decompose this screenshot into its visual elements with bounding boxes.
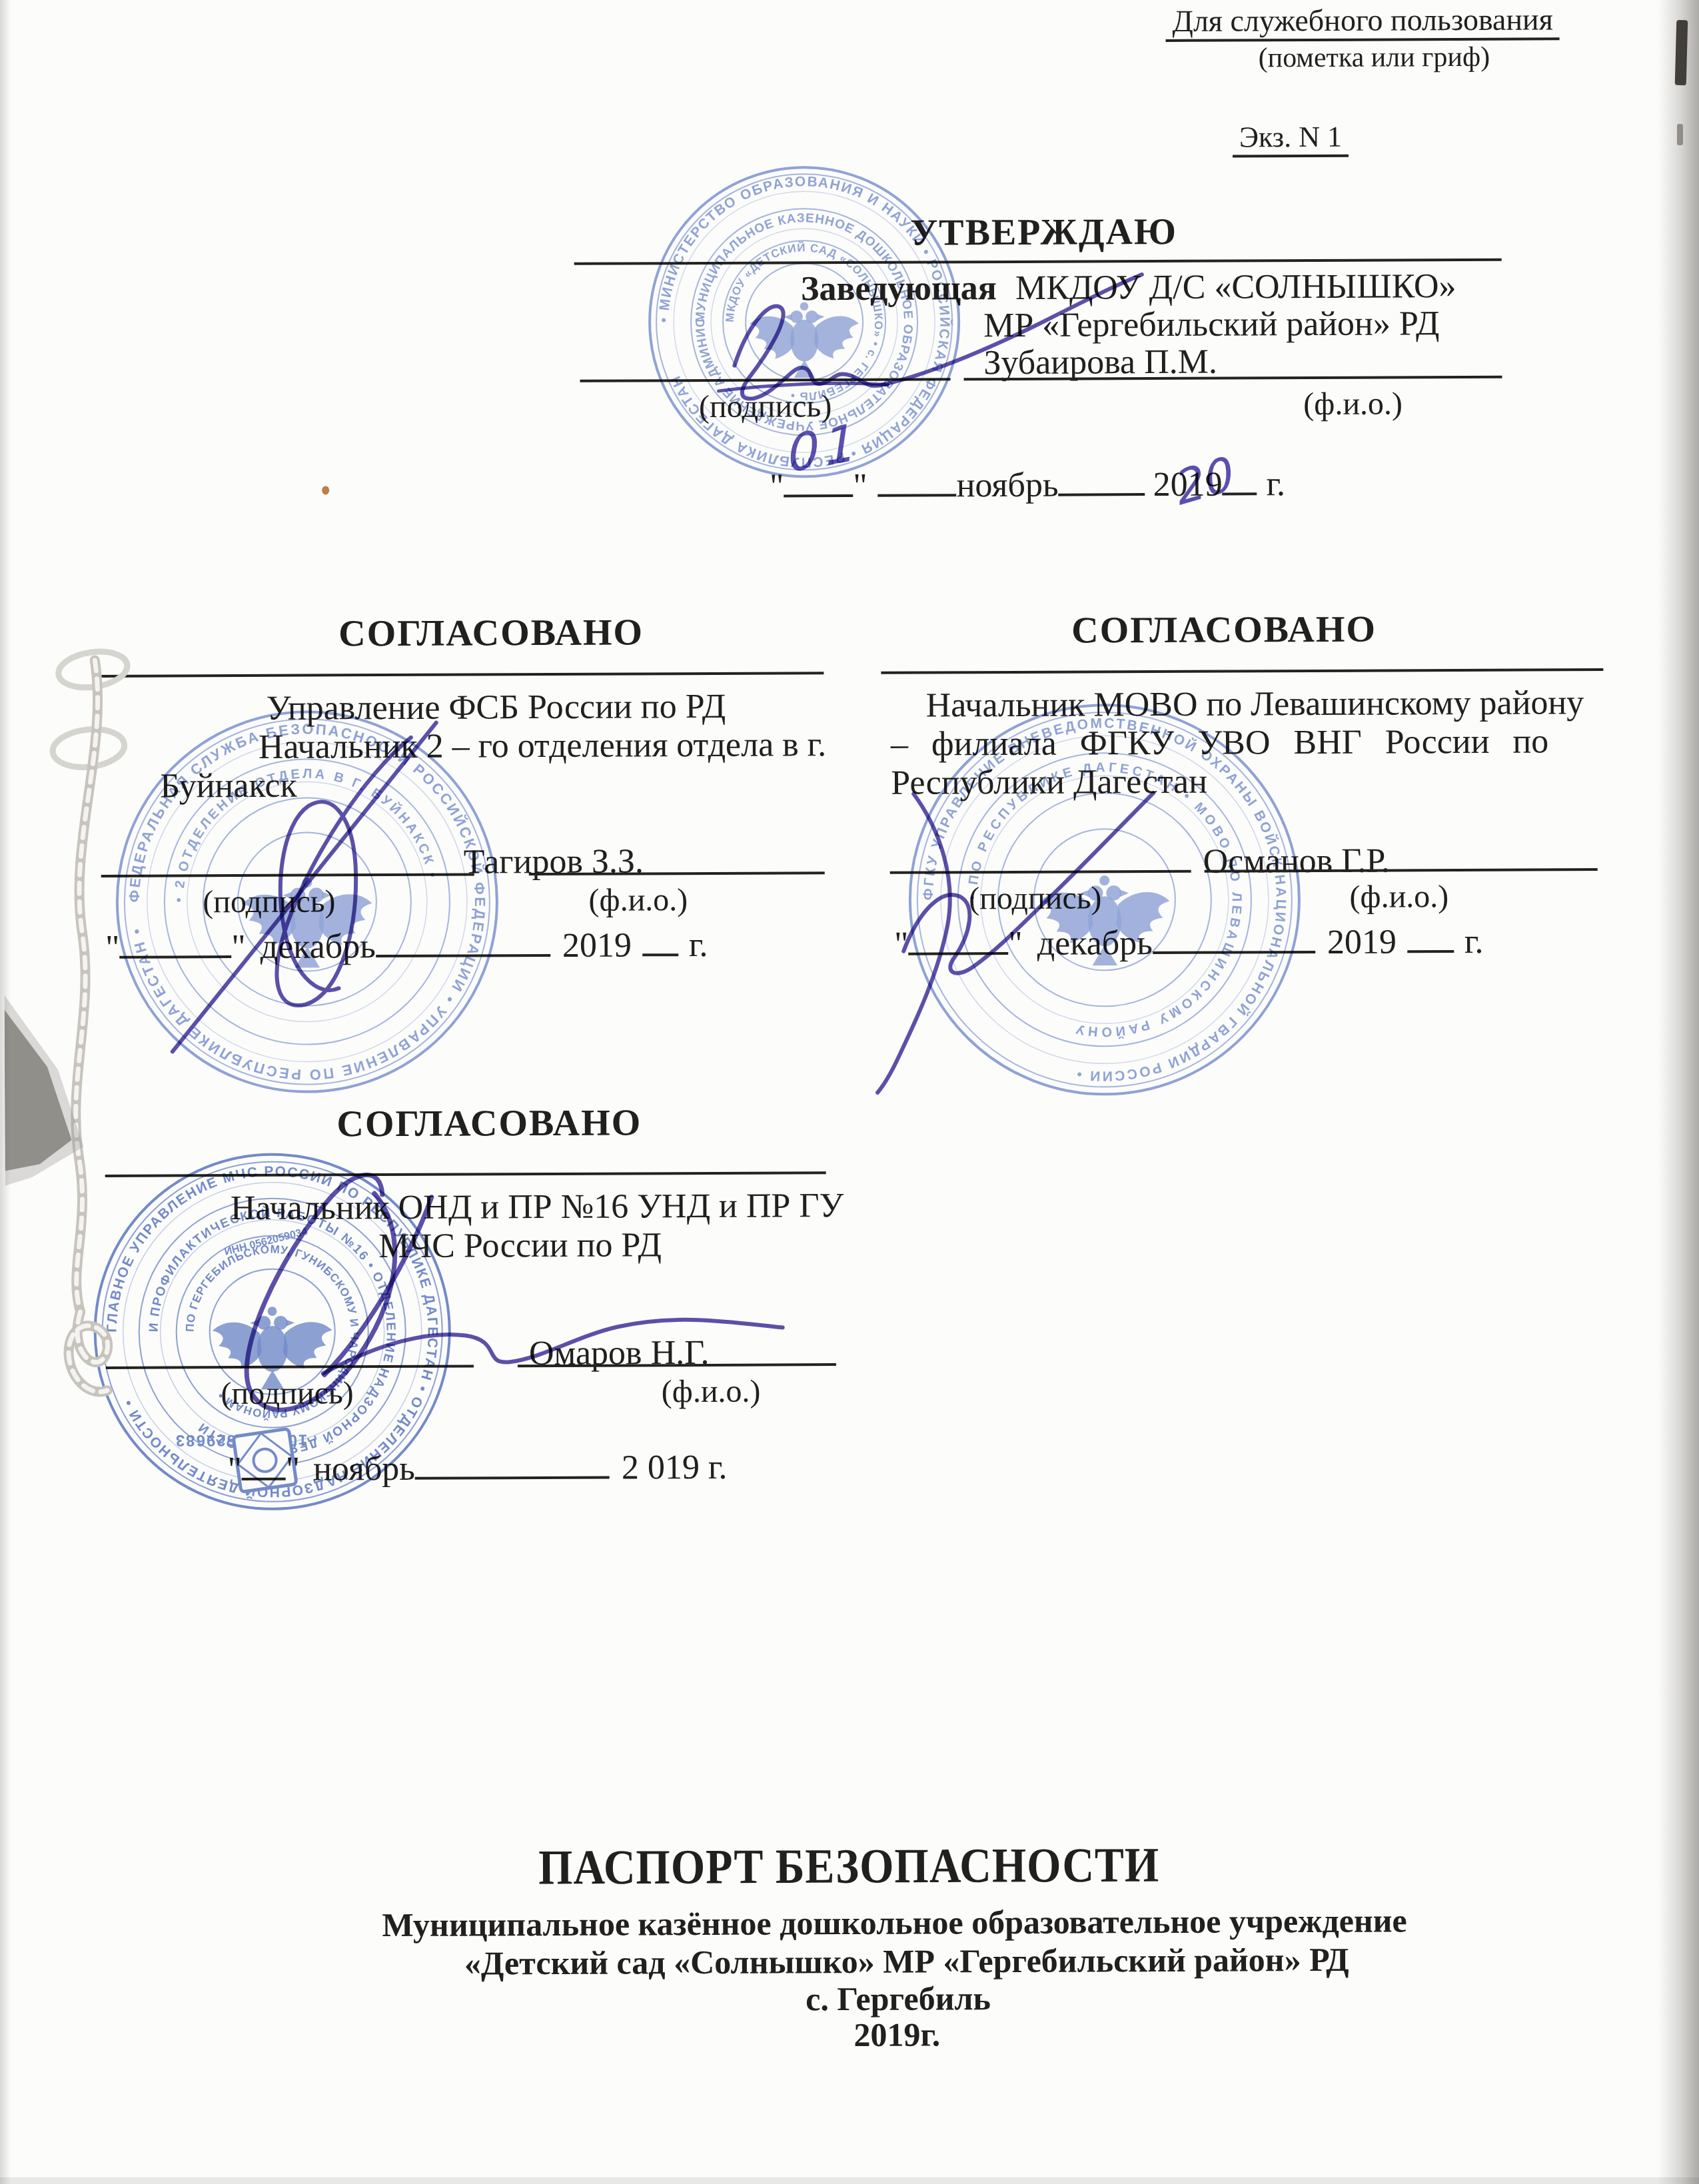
stamp-kindergarten-ring-middle: МУНИЦИПАЛЬНОЕ КАЗЕННОЕ ДОШКОЛЬНОЕ ОБРАЗО… [0, 0, 915, 436]
agree-left-fio-rule [529, 871, 825, 875]
scan-dark-mark-small [1677, 124, 1683, 145]
agree-left-year: 2019 [562, 926, 632, 964]
agree-right-month: декабрь [1037, 924, 1153, 963]
spacer [610, 1478, 622, 1479]
title-line2: «Детский сад «Солнышко» МР «Гергебильски… [464, 1941, 1349, 1983]
document-title: ПАСПОРТ БЕЗОПАСНОСТИ [538, 1837, 1160, 1896]
agree-right-name: Османов Г.Р. [1203, 841, 1391, 881]
agree-left-year-suffix: г. [689, 926, 708, 964]
quote: " [1008, 925, 1022, 963]
copy-number: Экз. N 1 [1233, 121, 1349, 155]
svg-text:И ПРОФИЛАКТИЧЕСКОЙ РАБОТЫ №16: И ПРОФИЛАКТИЧЕСКОЙ РАБОТЫ №16 • ОТДЕЛЕНИ… [147, 1205, 398, 1458]
classification-block: Для служебного пользования [1165, 2, 1560, 39]
agree-bottom-header: СОГЛАСОВАНО [336, 1101, 642, 1145]
quote: " [231, 928, 245, 966]
stamp-mchs-inn: ИНН 0562059034 [223, 1226, 308, 1258]
agree-right-line1: Начальник МОВО по Левашинскому району [925, 683, 1584, 726]
page-content: Для служебного пользования (пометка или … [0, 0, 1699, 2184]
spacer [1023, 954, 1037, 955]
agree-left-line3: Буйнакск [160, 766, 297, 807]
agree-right-header: СОГЛАСОВАНО [1071, 608, 1377, 652]
agree-bottom-date-line: ""ноябрь2 019 г. [227, 1441, 727, 1490]
scanned-document-page: Для служебного пользования (пометка или … [0, 0, 1699, 2184]
scan-edge-right [1658, 0, 1699, 2184]
agree-bottom-line2: МЧС России по РД [378, 1225, 662, 1267]
quote: " [894, 925, 908, 963]
approve-role-line: ЗаведующаяМКДОУ Д/С «СОЛНЫШКО» [801, 267, 1456, 309]
approve-org2: МР «Гергебильский район» РД [983, 304, 1439, 346]
blank [1153, 916, 1315, 954]
agree-bottom-fio-caption: (ф.и.о.) [662, 1373, 761, 1410]
agree-right-fio-caption: (ф.и.о.) [1349, 878, 1448, 915]
spacer [1454, 952, 1464, 953]
day-blank [119, 921, 231, 959]
spacer [550, 956, 562, 957]
spacer [1145, 495, 1153, 496]
approve-sign-rule [580, 378, 950, 382]
agree-bottom-year: 2 019 г. [622, 1448, 728, 1487]
classification-note: (пометка или гриф) [1259, 41, 1490, 75]
blank [415, 1442, 610, 1480]
agree-right-year-suffix: г. [1464, 923, 1484, 961]
approve-blank-rule [574, 259, 1502, 265]
stamp-mchs-ring-middle: И ПРОФИЛАКТИЧЕСКОЙ РАБОТЫ №16 • ОТДЕЛЕНИ… [147, 1205, 398, 1458]
quote: " [853, 467, 867, 505]
title-line4: 2019г. [853, 2015, 940, 2054]
blank [376, 919, 550, 957]
blank [1058, 458, 1145, 496]
agree-right-sign-caption: (подпись) [969, 879, 1102, 917]
binding-thread [3, 648, 133, 1392]
paper-speck [322, 486, 329, 494]
quote: " [227, 1450, 241, 1488]
approve-year-suffix: г. [1266, 465, 1285, 503]
approve-year-wrap: 201920 [1153, 465, 1222, 505]
agree-bottom-sign-caption: (подпись) [221, 1374, 354, 1412]
title-line1: Муниципальное казённое дошкольное образо… [382, 1902, 1407, 1944]
agree-left-line1: Управление ФСБ России по РД [267, 687, 726, 729]
agree-left-fio-caption: (ф.и.о.) [588, 881, 688, 919]
blank [1222, 458, 1257, 495]
approve-fio-caption: (ф.и.о.) [1303, 385, 1403, 422]
agree-left-sign-caption: (подпись) [203, 883, 336, 920]
day-blank [242, 1443, 286, 1480]
agree-right-line3: Республики Дагестан [891, 762, 1207, 804]
spacer [867, 496, 878, 497]
blank [1407, 915, 1454, 953]
agree-right-year: 2019 [1327, 923, 1397, 961]
handwritten-day: 01 [787, 412, 863, 484]
classification-marking: Для служебного пользования [1165, 2, 1560, 42]
spacer [1397, 952, 1407, 953]
quote: " [105, 929, 119, 967]
day-blank [908, 917, 1008, 955]
agree-bottom-line1: Начальник ОНД и ПР №16 УНД и ПР ГУ [231, 1186, 844, 1229]
scan-edge-bottom [0, 2177, 1699, 2184]
agree-left-month: декабрь [261, 927, 376, 966]
day-blank: 01 [784, 460, 853, 497]
quote: " [770, 467, 784, 505]
approve-role: Заведующая [801, 269, 997, 308]
approve-org: МКДОУ Д/С «СОЛНЫШКО» [1015, 267, 1456, 307]
spacer [1257, 494, 1267, 495]
spacer [632, 955, 642, 956]
agree-left-line2: Начальник 2 – го отделения отдела в г. [259, 725, 827, 768]
agree-left-blank-rule [96, 672, 824, 678]
agree-bottom-blank-rule [105, 1171, 826, 1177]
thread-dark-wedge [5, 1009, 72, 1171]
coat-of-arms-icon [750, 302, 859, 378]
agree-left-header: СОГЛАСОВАНО [338, 611, 644, 655]
agree-left-date-line: ""декабрь2019г. [105, 919, 708, 968]
agree-right-date-line: ""декабрь2019г. [894, 915, 1483, 965]
scan-edge-left [0, 0, 11, 2184]
quote: " [286, 1450, 300, 1488]
agree-left-name: Тагиров З.З. [464, 841, 644, 882]
agree-right-sign-rule [890, 870, 1191, 874]
agree-left-sign-rule [101, 873, 474, 877]
scan-dark-mark [1675, 20, 1688, 85]
agree-right-blank-rule [881, 668, 1603, 674]
agree-bottom-sign-rule [106, 1365, 474, 1368]
spacer [678, 955, 689, 956]
approve-header: УТВЕРЖДАЮ [910, 211, 1177, 255]
svg-text:МУНИЦИПАЛЬНОЕ КАЗЕННОЕ ДОШКОЛЬ: МУНИЦИПАЛЬНОЕ КАЗЕННОЕ ДОШКОЛЬНОЕ ОБРАЗО… [0, 0, 915, 436]
title-line3: с. Гергебиль [806, 1979, 991, 2019]
approve-month: ноябрь [957, 466, 1059, 505]
spacer [246, 957, 261, 958]
agree-right-line2: – филиала ФГКУ УВО ВНГ России по [891, 722, 1549, 764]
blank [642, 919, 678, 956]
spacer [300, 1480, 313, 1480]
blank [877, 459, 956, 497]
approve-date-line: "01"ноябрь201920г. [770, 458, 1285, 506]
spacer [1315, 953, 1327, 953]
agree-bottom-name: Омаров Н.Г. [529, 1333, 710, 1374]
thread-shadow [5, 995, 84, 1186]
agree-bottom-month: ноябрь [313, 1450, 415, 1488]
